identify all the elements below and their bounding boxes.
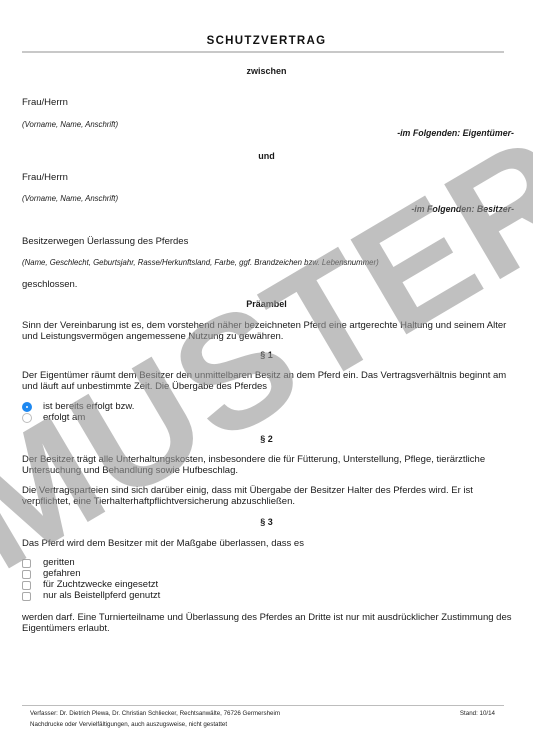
radio-unselected-icon[interactable] [22,413,32,423]
preamble-text: Sinn der Vereinbarung ist es, dem vorste… [22,320,512,342]
section1-text: Der Eigentümer räumt dem Besitzer den un… [22,370,512,392]
checkbox-label: geritten [43,558,75,569]
section3-intro: Das Pferd wird dem Besitzer mit der Maßg… [22,538,304,549]
footer-notice: Nachdrucke oder Vervielfältigungen, auch… [30,721,227,728]
section3-heading: § 3 [0,517,533,527]
section3-outro: werden darf. Eine Turnierteilname und Üb… [22,612,512,634]
party1-role: -im Folgenden: Eigentümer- [397,128,514,138]
and-label: und [0,151,533,161]
concluded-text: geschlossen. [22,279,77,290]
radio-label: erfolgt am [43,413,85,424]
checkbox-icon[interactable] [22,581,31,590]
title-divider [22,51,504,53]
document-title: SCHUTZVERTRAG [0,35,533,47]
radio-option-date[interactable]: erfolgt am [22,413,85,424]
checkbox-option-ridden[interactable]: geritten [22,558,75,569]
party2-hint: (Vorname, Name, Anschrift) [22,194,118,203]
checkbox-option-breeding[interactable]: für Zuchtzwecke eingesetzt [22,580,158,591]
checkbox-icon[interactable] [22,570,31,579]
party2-role: -im Folgenden: Besitzer- [411,204,514,214]
checkbox-label: für Zuchtzwecke eingesetzt [43,580,158,591]
section1-heading: § 1 [0,350,533,360]
radio-option-already[interactable]: ist bereits erfolgt bzw. [22,402,134,413]
section2-text2: Die Vertragsparteien sind sich darüber e… [22,485,512,507]
section2-heading: § 2 [0,434,533,444]
checkbox-option-driven[interactable]: gefahren [22,569,81,580]
subject-hint: (Name, Geschlecht, Geburtsjahr, Rasse/He… [22,258,379,267]
checkbox-option-companion[interactable]: nur als Beistellpferd genutzt [22,591,160,602]
radio-label: ist bereits erfolgt bzw. [43,402,134,413]
checkbox-label: gefahren [43,569,81,580]
radio-selected-icon[interactable] [22,402,32,412]
checkbox-label: nur als Beistellpferd genutzt [43,591,160,602]
party2-salutation: Frau/Herrn [22,172,68,183]
subject-line: Besitzerwegen Üerlassung des Pferdes [22,236,188,247]
between-label: zwischen [0,66,533,76]
footer-stand: Stand: 10/14 [460,710,495,717]
footer-author: Verfasser: Dr. Dietrich Plewa, Dr. Chris… [30,710,280,717]
party1-hint: (Vorname, Name, Anschrift) [22,120,118,129]
checkbox-icon[interactable] [22,559,31,568]
preamble-heading: Präambel [0,299,533,309]
party1-salutation: Frau/Herrn [22,97,68,108]
section2-text1: Der Besitzer trägt alle Unterhaltungskos… [22,454,512,476]
checkbox-icon[interactable] [22,592,31,601]
footer-divider [22,705,504,706]
